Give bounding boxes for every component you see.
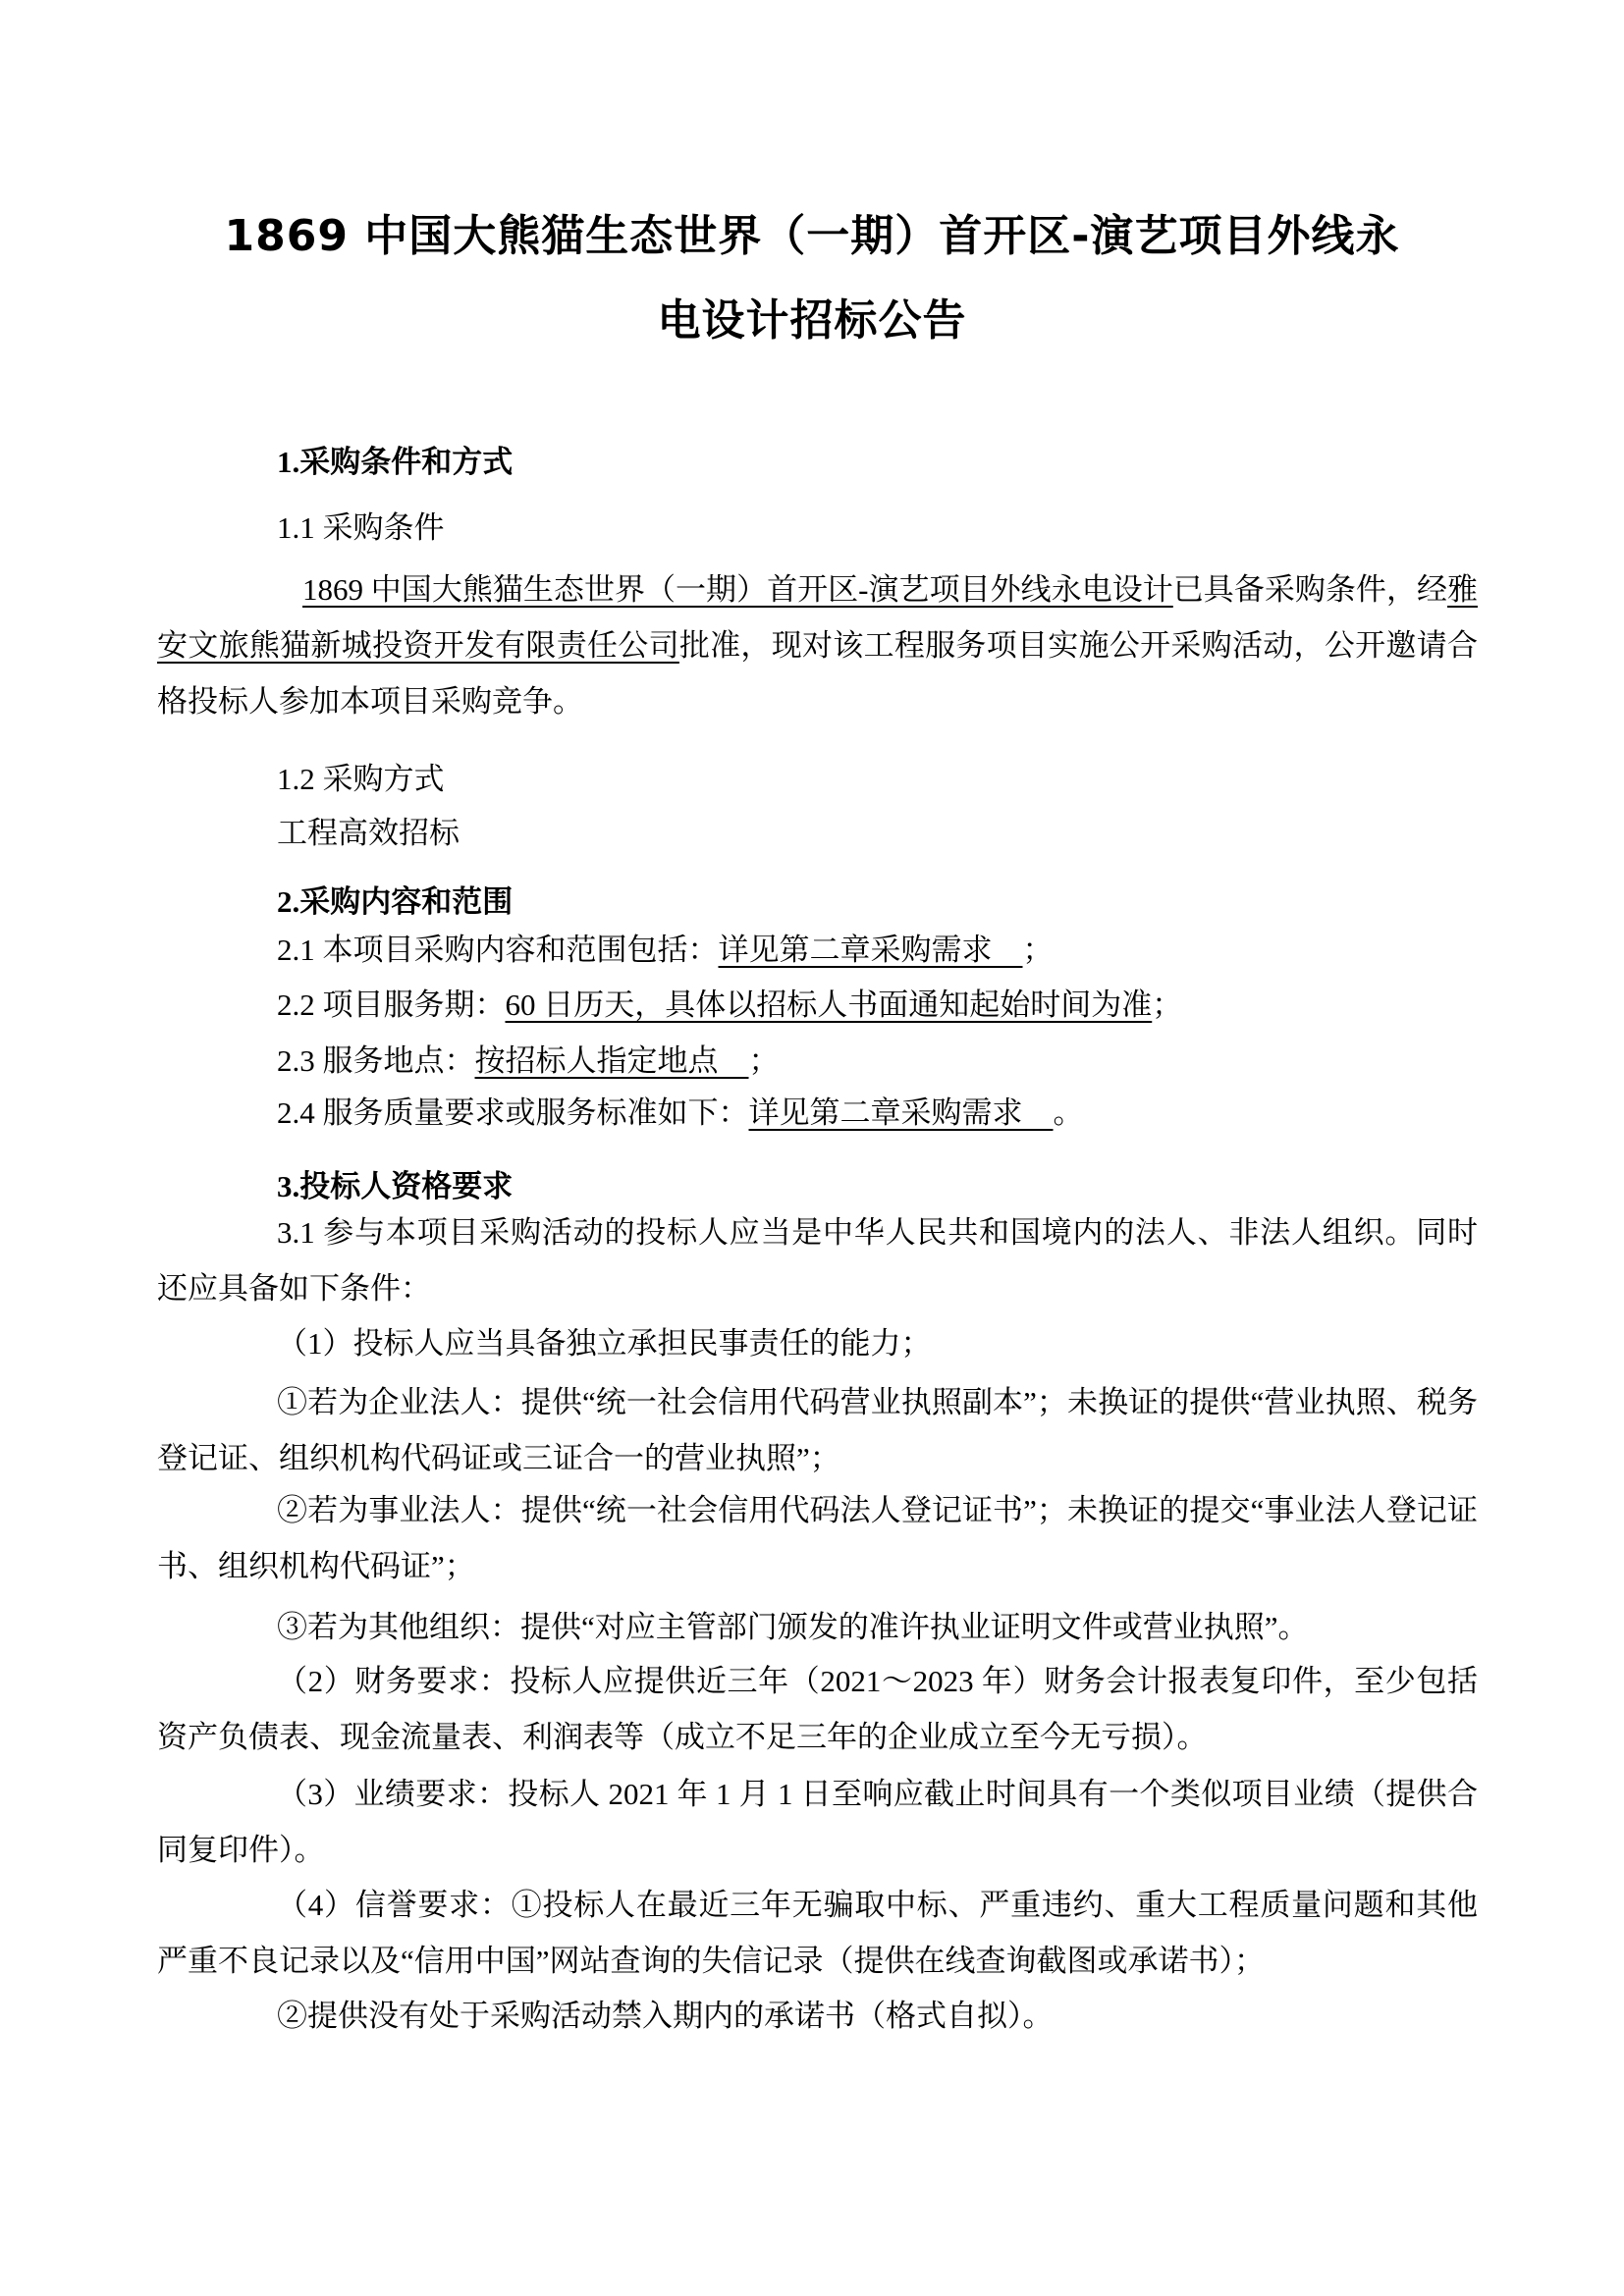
para-item-4b-commitment-letter: ②提供没有处于采购活动禁入期内的承诺书（格式自拟）。 xyxy=(157,1988,1478,2044)
para-2-1-label: 2.1 本项目采购内容和范围包括： xyxy=(277,933,719,967)
para-item-1-civil-liability: （1）投标人应当具备独立承担民事责任的能力； xyxy=(157,1315,1478,1371)
para-item-2-financial-requirement: （2）财务要求：投标人应提供近三年（2021～2023 年）财务会计报表复印件，… xyxy=(157,1653,1478,1765)
para-2-4-tail: 。 xyxy=(1054,1095,1084,1130)
para-item-4-credit-requirement: （4）信誉要求：①投标人在最近三年无骗取中标、严重违约、重大工程质量问题和其他严… xyxy=(157,1877,1478,1989)
document-page: 1869 中国大熊猫生态世界（一期）首开区-演艺项目外线永 电设计招标公告 1.… xyxy=(0,0,1624,2296)
project-name-underlined: 1869 中国大熊猫生态世界（一期）首开区-演艺项目外线永电设计 xyxy=(302,572,1173,607)
para-item-3-performance-requirement: （3）业绩要求：投标人 2021 年 1 月 1 日至响应截止时间具有一个类似项… xyxy=(157,1766,1478,1878)
para-item-1a-enterprise-legal-person: ①若为企业法人：提供“统一社会信用代码营业执照副本”；未换证的提供“营业执照、税… xyxy=(157,1374,1478,1486)
para-2-1-scope: 2.1 本项目采购内容和范围包括：详见第二章采购需求 ； xyxy=(157,922,1478,978)
para-2-1-tail: ； xyxy=(1023,933,1054,967)
para-2-3-label: 2.3 服务地点： xyxy=(277,1043,475,1078)
para-2-4-underlined-value: 详见第二章采购需求 xyxy=(749,1095,1054,1130)
para-1-1-procurement-conditions: 1.1 采购条件 xyxy=(157,500,1478,556)
para-1-2-procurement-method: 1.2 采购方式 xyxy=(157,751,1478,807)
document-title-line2: 电设计招标公告 xyxy=(0,279,1624,363)
para-2-4-quality-standard: 2.4 服务质量要求或服务标准如下：详见第二章采购需求 。 xyxy=(157,1085,1478,1141)
para-2-2-tail: ； xyxy=(1152,988,1182,1022)
para-item-1b-institution-legal-person: ②若为事业法人：提供“统一社会信用代码法人登记证书”；未换证的提交“事业法人登记… xyxy=(157,1482,1478,1594)
para-2-2-underlined-value: 60 日历天，具体以招标人书面通知起始时间为准 xyxy=(506,988,1153,1022)
section-1-heading: 1.采购条件和方式 xyxy=(157,434,1478,490)
para-item-1c-other-organization: ③若为其他组织：提供“对应主管部门颁发的准许执业证明文件或营业执照”。 xyxy=(157,1599,1478,1655)
para-2-3-underlined-value: 按招标人指定地点 xyxy=(475,1043,749,1078)
para-2-3-tail: ； xyxy=(749,1043,780,1078)
para-3-1-bidder-qualification: 3.1 参与本项目采购活动的投标人应当是中华人民共和国境内的法人、非法人组织。同… xyxy=(157,1204,1478,1316)
para-conditions-body: 1869 中国大熊猫生态世界（一期）首开区-演艺项目外线永电设计已具备采购条件，… xyxy=(157,561,1478,729)
document-title-line1: 1869 中国大熊猫生态世界（一期）首开区-演艺项目外线永 xyxy=(0,194,1624,279)
para-2-2-label: 2.2 项目服务期： xyxy=(277,988,506,1022)
para-2-1-underlined-value: 详见第二章采购需求 xyxy=(719,933,1023,967)
document-title: 1869 中国大熊猫生态世界（一期）首开区-演艺项目外线永 电设计招标公告 xyxy=(0,194,1624,363)
para-2-3-service-location: 2.3 服务地点：按招标人指定地点 ； xyxy=(157,1033,1478,1089)
para-method-value: 工程高效招标 xyxy=(157,805,1478,861)
para-2-4-label: 2.4 服务质量要求或服务标准如下： xyxy=(277,1095,749,1130)
para-2-2-service-period: 2.2 项目服务期：60 日历天，具体以招标人书面通知起始时间为准； xyxy=(157,977,1478,1033)
conditions-text-1: 已具备采购条件，经 xyxy=(1173,572,1447,607)
